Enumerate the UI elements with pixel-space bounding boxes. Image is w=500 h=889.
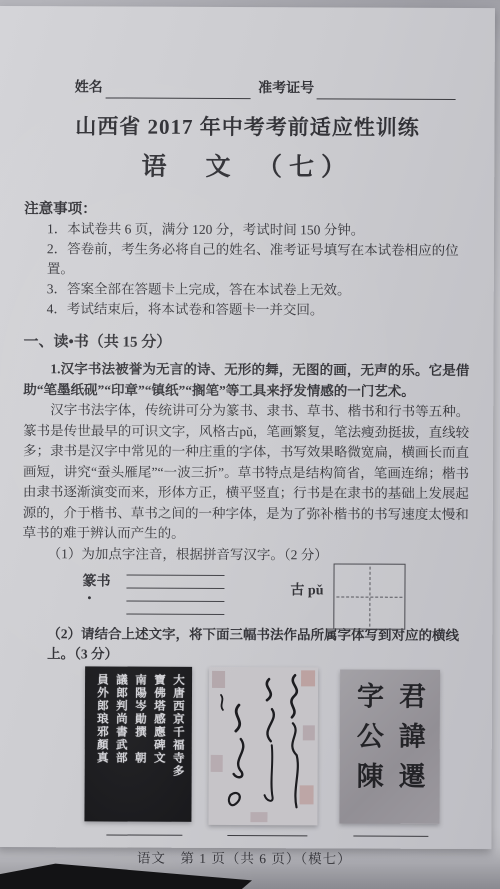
name-label: 姓名 (75, 78, 103, 99)
exam-paper-photo: 姓名 准考证号 山西省 2017 年中考考前适应性训练 语 文 （七） 注意事项… (0, 0, 500, 889)
question-1-1-answer-area: 篆•书 古 pǔ (82, 566, 468, 626)
question-1-1-prompt: （1）为加点字注音，根据拼音写汉字。（2 分） (48, 544, 469, 566)
pinyin-grid-line (126, 613, 224, 614)
regular-script-rubbing-image: 大唐西京千福寺多 寶佛塔感應碑文 南陽岑勛撰 朝 議郎判尚書武部 員外郎琅邪顏真 (84, 666, 192, 821)
exam-paper-page: 姓名 准考证号 山西省 2017 年中考考前适应性训练 语 文 （七） 注意事项… (0, 6, 495, 849)
question-1-2-prompt: （2）请结合上述文字，将下面三幅书法作品所属字体写到对应的横线上。（3 分） (47, 624, 468, 666)
question-1-intro: 1.汉字书法被誉为无言的诗、无形的舞，无图的画，无声的乐。它是借助“笔墨纸砚”“… (23, 359, 469, 402)
answer-blank-3 (353, 827, 428, 836)
name-blank-line (106, 81, 252, 99)
pinyin-grid-line (126, 587, 224, 588)
answer-blank-2 (227, 827, 307, 836)
pinyin-grid-line (127, 574, 225, 575)
calligraphy-artworks-row: 大唐西京千福寺多 寶佛塔感應碑文 南陽岑勛撰 朝 議郎判尚書武部 員外郎琅邪顏真 (84, 666, 468, 826)
emphasized-char: 篆• (82, 572, 96, 593)
notice-item-4: 4．考试结束后，将本试卷和答题卡一并交回。 (47, 299, 470, 321)
pinyin-four-line-grid (126, 574, 224, 614)
ticket-blank-line (317, 82, 456, 100)
gu-pu-word: 古 pǔ (290, 581, 323, 602)
notice-item-2: 2．答卷前，考生务必将自己的姓名、准考证号填写在本试卷相应的位置。 (47, 239, 470, 281)
subject-title: 语 文 （七） (24, 150, 470, 185)
notice-heading: 注意事项： (24, 199, 470, 221)
calligraphy-styles-paragraph: 汉字书法字体，传统讲可分为篆书、隶书、草书、楷书和行书等五种。篆书是传世最早的可… (23, 400, 470, 545)
clerical-script-rubbing-image: 君諱遷 字公陳 (339, 669, 440, 823)
ticket-number-label: 准考证号 (258, 79, 314, 100)
candidate-info-row: 姓名 准考证号 (75, 76, 459, 100)
notice-item-3: 3．答案全部在答题卡上完成，答在本试卷上无效。 (47, 279, 470, 301)
section-one-heading: 一、读•书（共 15 分） (23, 332, 469, 355)
exam-title: 山西省 2017 年中考考前适应性训练 (24, 112, 470, 143)
notice-item-1: 1．本试卷共 6 页，满分 120 分，考试时间 150 分钟。 (47, 219, 470, 241)
artwork-answer-blanks (21, 826, 467, 838)
writing-box-vertical-guide (369, 566, 370, 626)
character-writing-box (333, 563, 405, 629)
answer-blank-1 (106, 826, 182, 835)
zhuanshu-word: 篆•书 (82, 572, 110, 593)
emphasis-dot: • (87, 593, 91, 603)
cursive-script-artwork-image (208, 666, 318, 824)
pinyin-grid-line (126, 600, 224, 601)
